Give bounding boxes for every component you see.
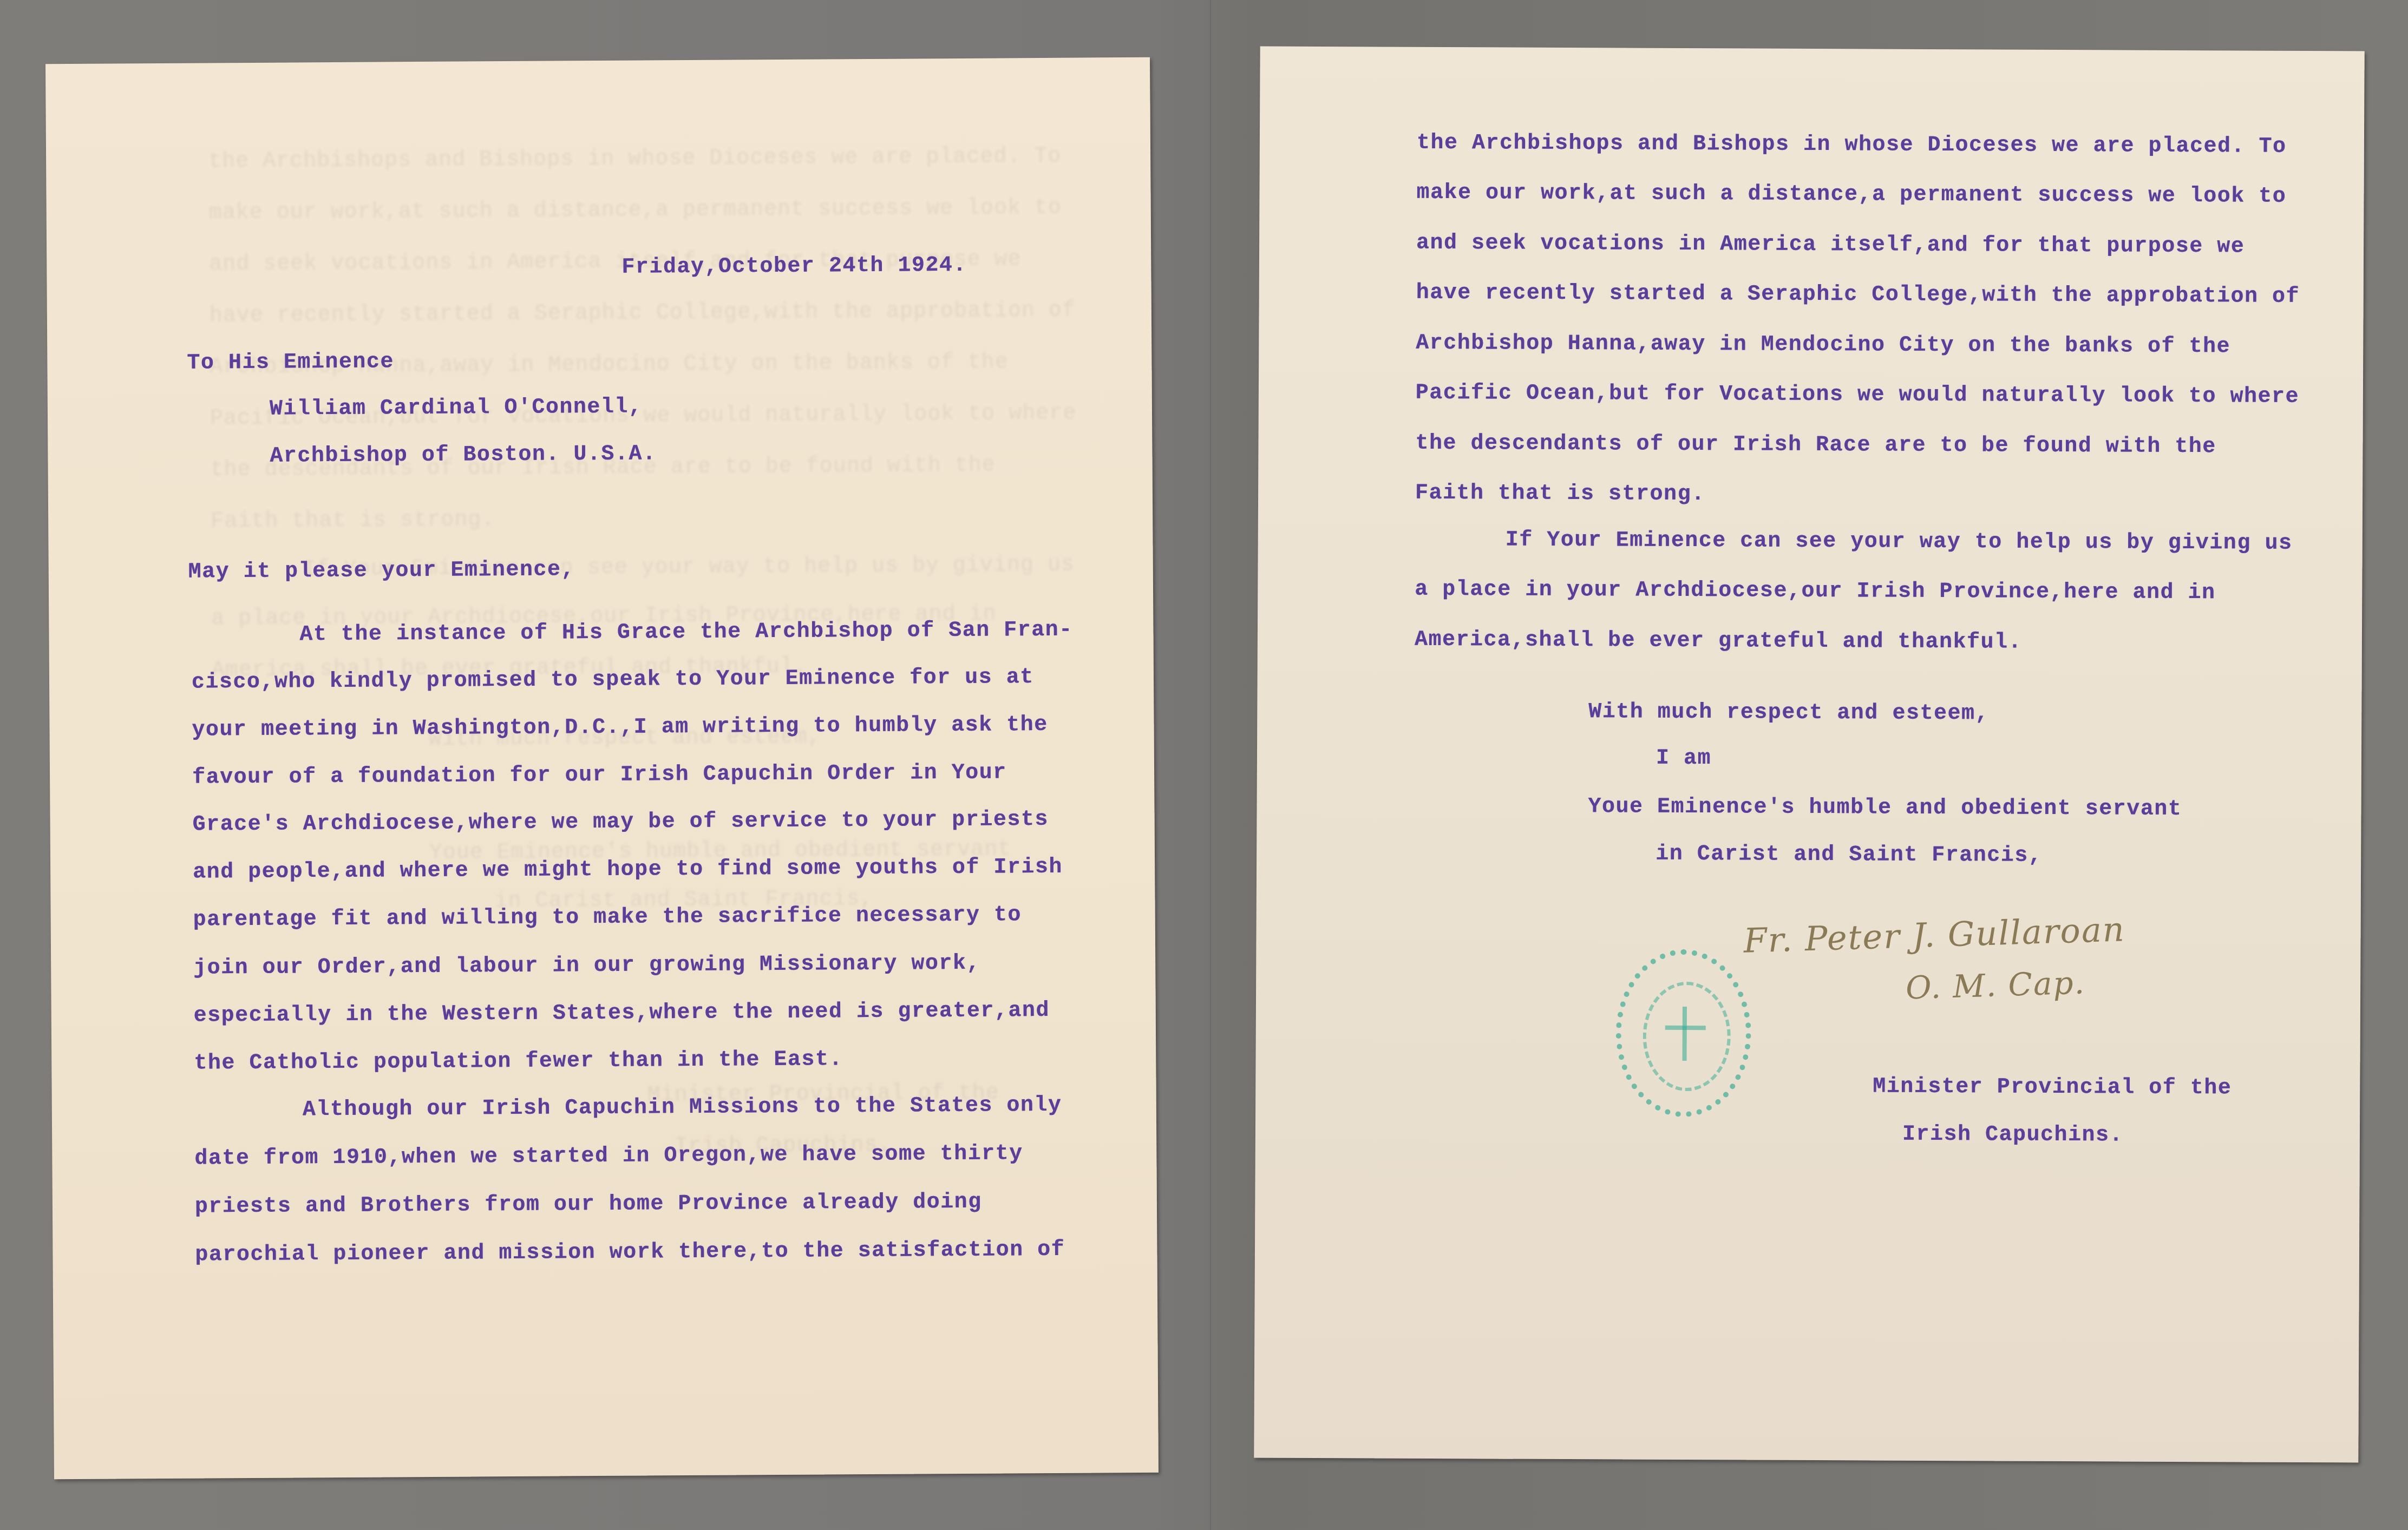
closing-line: Youe Eminence's humble and obedient serv… bbox=[1588, 794, 2182, 822]
salutation: May it please your Eminence, bbox=[188, 557, 575, 584]
body-line: date from 1910,when we started in Oregon… bbox=[194, 1141, 1023, 1171]
closing-line: I am bbox=[1656, 746, 1711, 771]
seal-cross-icon bbox=[1683, 1007, 1687, 1061]
handwritten-signature: Fr. Peter J. Gullaroan bbox=[1743, 909, 2126, 961]
background-seam bbox=[1210, 0, 1211, 1530]
closing-line: in Carist and Saint Francis, bbox=[1655, 842, 2042, 868]
show-through-text: the Archbishops and Bishops in whose Dio… bbox=[208, 145, 1061, 174]
body-line: the descendants of our Irish Race are to… bbox=[1415, 431, 2216, 459]
body-line: cisco,who kindly promised to speak to Yo… bbox=[192, 665, 1034, 695]
green-seal-stamp bbox=[1615, 949, 1751, 1117]
body-line: your meeting in Washington,D.C.,I am wri… bbox=[192, 713, 1048, 743]
body-line: the Archbishops and Bishops in whose Dio… bbox=[1417, 131, 2287, 159]
body-line: parentage fit and willing to make the sa… bbox=[193, 903, 1022, 932]
body-line: have recently started a Seraphic College… bbox=[1416, 281, 2300, 309]
body-line: Grace's Archdiocese,where we may be of s… bbox=[192, 807, 1048, 837]
body-line: join our Order,and labour in our growing… bbox=[193, 951, 980, 981]
body-line: Faith that is strong. bbox=[1415, 481, 1705, 507]
body-line: America,shall be ever grateful and thank… bbox=[1415, 628, 2022, 655]
addressee-line: William Cardinal O'Connell, bbox=[270, 395, 643, 422]
seal-cross-bar bbox=[1665, 1026, 1706, 1030]
body-line: At the instance of His Grace the Archbis… bbox=[299, 618, 1072, 647]
body-line: favour of a foundation for our Irish Cap… bbox=[192, 760, 1007, 790]
body-line: and seek vocations in America itself,and… bbox=[1416, 231, 2245, 259]
letter-page-1: the Archbishops and Bishops in whose Dio… bbox=[45, 57, 1159, 1479]
signatory-title: Minister Provincial of the bbox=[1873, 1075, 2232, 1101]
body-line: parochial pioneer and mission work there… bbox=[195, 1238, 1065, 1268]
body-line: priests and Brothers from our home Provi… bbox=[195, 1190, 982, 1219]
body-line: If Your Eminence can see your way to hel… bbox=[1506, 528, 2293, 556]
body-line: make our work,at such a distance,a perma… bbox=[1416, 181, 2286, 209]
letter-date: Friday,October 24th 1924. bbox=[621, 253, 967, 280]
show-through-text: Faith that is strong. bbox=[211, 508, 495, 534]
closing-line: With much respect and esteem, bbox=[1588, 700, 1989, 726]
body-line: the Catholic population fewer than in th… bbox=[194, 1047, 843, 1075]
body-line: a place in your Archdiocese,our Irish Pr… bbox=[1415, 577, 2215, 605]
letter-page-2: the Archbishops and Bishops in whose Dio… bbox=[1254, 47, 2364, 1463]
body-line: Pacific Ocean,but for Vocations we would… bbox=[1416, 381, 2299, 409]
body-line: Although our Irish Capuchin Missions to … bbox=[303, 1093, 1062, 1122]
addressee-line: To His Eminence bbox=[187, 350, 394, 375]
show-through-text: have recently started a Seraphic College… bbox=[210, 299, 1076, 329]
show-through-text: make our work,at such a distance,a perma… bbox=[209, 196, 1062, 226]
seal-emblem bbox=[1643, 982, 1731, 1092]
handwritten-order-initials: O. M. Cap. bbox=[1905, 964, 2086, 1006]
body-line: Archbishop Hanna,away in Mendocino City … bbox=[1416, 331, 2230, 359]
signatory-title: Irish Capuchins. bbox=[1902, 1122, 2123, 1148]
addressee-line: Archbishop of Boston. U.S.A. bbox=[270, 442, 656, 468]
body-line: especially in the Western States,where t… bbox=[194, 999, 1050, 1028]
body-line: and people,and where we might hope to fi… bbox=[193, 855, 1063, 885]
